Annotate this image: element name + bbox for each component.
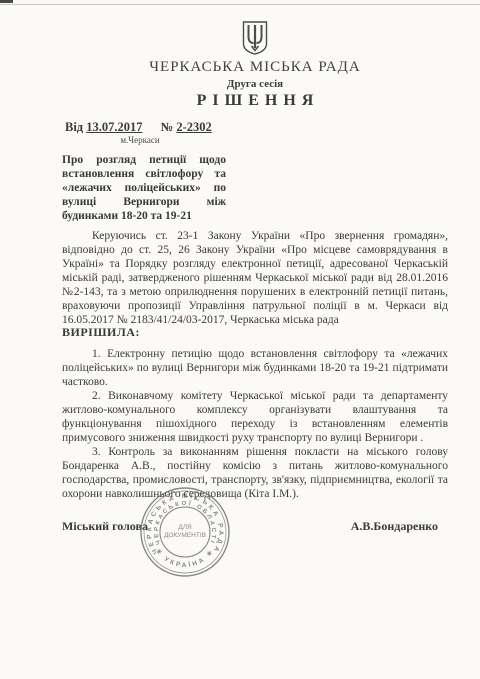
stamp-center-line1: ДЛЯ	[178, 524, 192, 531]
org-name: ЧЕРКАСЬКА МІСЬКА РАДА	[30, 59, 480, 76]
document-page: ЧЕРКАСЬКА МІСЬКА РАДА Друга сесія РІШЕНН…	[0, 0, 480, 679]
decision-item-2: 2. Виконавчому комітету Черкаської міськ…	[62, 389, 448, 445]
document-type-title: РІШЕННЯ	[30, 92, 480, 110]
session-label: Друга сесія	[30, 78, 480, 90]
scan-artifact-line	[0, 4, 480, 5]
document-header: ЧЕРКАСЬКА МІСЬКА РАДА Друга сесія РІШЕНН…	[30, 21, 480, 110]
resolved-label: ВИРІШИЛА:	[62, 325, 140, 340]
ukraine-trident-icon	[242, 21, 268, 55]
signature-row: Міський голова А.В.Бондаренко	[62, 519, 438, 534]
decision-item-1: 1. Електронну петицію щодо встановлення …	[62, 347, 448, 389]
stamp-center-line2: ДОКУМЕНТІВ	[164, 532, 206, 539]
date-label: Від	[65, 120, 83, 134]
stamp-ring-bottom-text: ✳ УКРАЇНА ✳	[154, 547, 216, 569]
doc-preamble: Керуючись ст. 23-1 Закону України «Про з…	[62, 229, 448, 327]
scan-artifact-corner	[0, 0, 13, 3]
doc-meta-row: Від 13.07.2017 № 2-2302	[65, 120, 212, 135]
number-sign: №	[161, 120, 174, 134]
decision-item-3: 3. Контроль за виконанням рішення поклас…	[62, 445, 448, 501]
doc-date: 13.07.2017	[86, 120, 142, 134]
doc-subject: Про розгляд петиції щодо встановлення св…	[62, 153, 226, 223]
doc-number: 2-2302	[176, 120, 211, 134]
decision-items: 1. Електронну петицію щодо встановлення …	[62, 347, 448, 501]
doc-city: м.Черкаси	[90, 135, 190, 145]
signer-name: А.В.Бондаренко	[351, 519, 438, 534]
round-stamp: ЧЕРКАСЬКА МІСЬКА РАДА ЧЕРКАСЬКОЇ ОБЛАСТІ…	[125, 472, 245, 592]
